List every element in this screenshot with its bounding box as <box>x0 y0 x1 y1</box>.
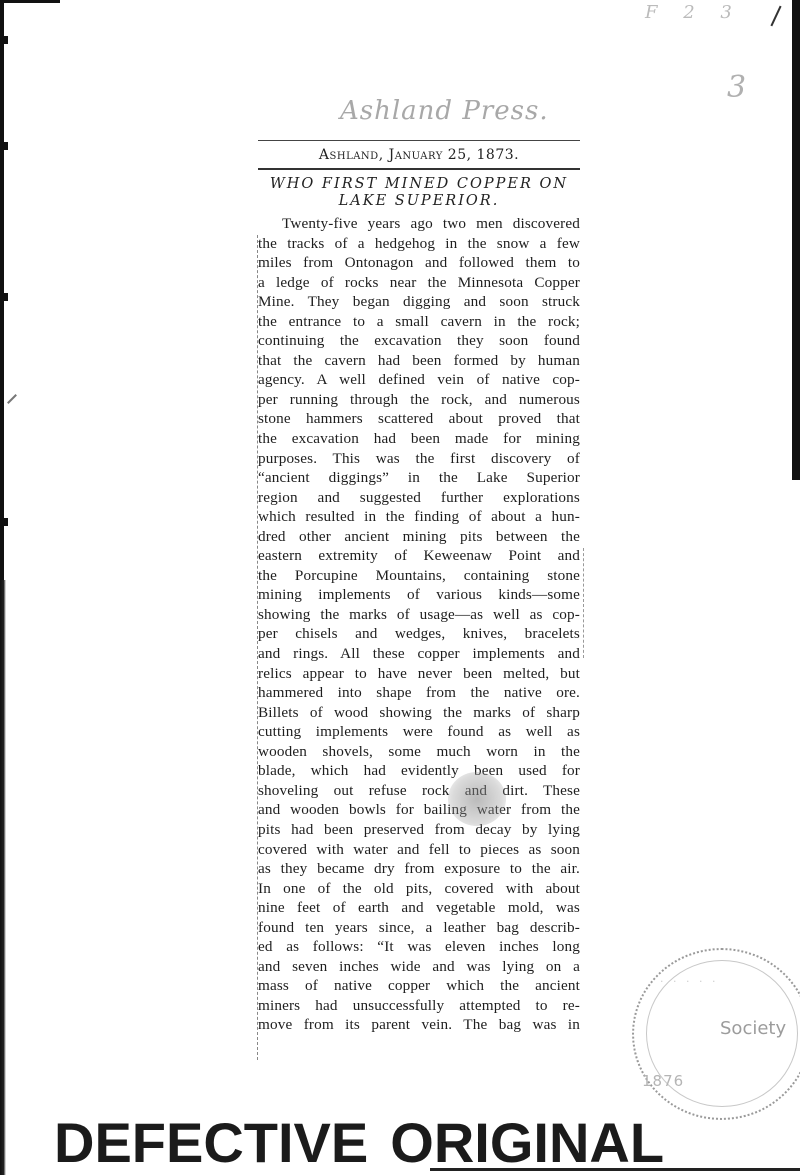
article-line: continuing the excavation they soon foun… <box>258 331 580 351</box>
pencil-mark <box>7 394 17 404</box>
article-line: hammered into shape from the native ore. <box>258 683 580 703</box>
dateline-rule <box>258 168 580 170</box>
newspaper-clipping: Ashland, January 25, 1873. WHO FIRST MIN… <box>258 140 580 1035</box>
article-line: relics appear to have never been melted,… <box>258 664 580 684</box>
scan-mark <box>0 36 8 44</box>
article-line: and seven inches wide and was lying on a <box>258 957 580 977</box>
article-line: blade, which had evidently been used for <box>258 761 580 781</box>
stamp-society-text: Society <box>720 1018 786 1039</box>
notice-word-defective: DEFECTIVE <box>54 1111 368 1174</box>
dateline: Ashland, January 25, 1873. <box>258 141 580 168</box>
article-line: the tracks of a hedgehog in the snow a f… <box>258 234 580 254</box>
article-line: move from its parent vein. The bag was i… <box>258 1015 580 1035</box>
defective-original-notice: DEFECTIVEORIGINAL <box>54 1113 664 1173</box>
scan-mark <box>0 293 8 301</box>
article-line: Mine. They began digging and soon struck <box>258 292 580 312</box>
article-line: shoveling out refuse rock and dirt. Thes… <box>258 781 580 801</box>
article-line: showing the marks of usage—as well as co… <box>258 605 580 625</box>
article-line: region and suggested further exploration… <box>258 488 580 508</box>
article-line: “ancient diggings” in the Lake Superior <box>258 468 580 488</box>
article-line: the excavation had been made for mining <box>258 429 580 449</box>
stamp-year-text: 1876 <box>642 1072 684 1090</box>
column-rule-right <box>583 548 585 658</box>
scan-mark <box>0 142 8 150</box>
article-line: In one of the old pits, covered with abo… <box>258 879 580 899</box>
article-line: covered with water and fell to pieces as… <box>258 840 580 860</box>
article-line: mass of native copper which the ancient <box>258 976 580 996</box>
scan-edge-bottom <box>430 1168 800 1171</box>
article-line: agency. A well defined vein of native co… <box>258 370 580 390</box>
article-body: Twenty-five years ago two men discovered… <box>258 214 580 1035</box>
article-line: miners had unsuccessfully attempted to r… <box>258 996 580 1016</box>
article-line: a ledge of rocks near the Minnesota Copp… <box>258 273 580 293</box>
article-line: that the cavern had been formed by human <box>258 351 580 371</box>
article-line: pits had been preserved from decay by ly… <box>258 820 580 840</box>
article-line: mining implements of various kinds—some <box>258 585 580 605</box>
scan-edge-top <box>0 0 60 3</box>
article-line: cutting implements were found as well as <box>258 722 580 742</box>
article-line: the Porcupine Mountains, containing ston… <box>258 566 580 586</box>
scan-mark <box>0 518 8 526</box>
article-line: and wooden bowls for bailing water from … <box>258 800 580 820</box>
handwritten-source-title: Ashland Press. <box>340 96 549 126</box>
article-line: found ten years since, a leather bag des… <box>258 918 580 938</box>
article-line: miles from Ontonagon and followed them t… <box>258 253 580 273</box>
scan-edge-left-dark <box>0 580 6 1175</box>
notice-word-original: ORIGINAL <box>390 1111 664 1174</box>
article-line: eastern extremity of Keweenaw Point and <box>258 546 580 566</box>
article-line: as they became dry from exposure to the … <box>258 859 580 879</box>
article-line: and rings. All these copper implements a… <box>258 644 580 664</box>
headline-line-2: LAKE SUPERIOR. <box>258 193 580 210</box>
article-line: wooden shovels, some much worn in the <box>258 742 580 762</box>
ink-smudge <box>448 772 506 826</box>
article-line: nine feet of earth and vegetable mold, w… <box>258 898 580 918</box>
headline: WHO FIRST MINED COPPER ON LAKE SUPERIOR. <box>258 176 580 210</box>
scan-edge-right <box>792 0 800 480</box>
pencil-mark <box>770 6 781 27</box>
article-line: ed as follows: “It was eleven inches lon… <box>258 937 580 957</box>
stamp-faint-text: · · · · · <box>660 975 718 988</box>
headline-line-1: WHO FIRST MINED COPPER ON <box>258 176 580 193</box>
article-line: Twenty-five years ago two men discovered <box>258 214 580 234</box>
handwritten-page-number: 3 <box>727 70 746 105</box>
article-line: per chisels and wedges, knives, bracelet… <box>258 624 580 644</box>
article-line: per running through the rock, and numero… <box>258 390 580 410</box>
article-line: which resulted in the finding of about a… <box>258 507 580 527</box>
article-line: stone hammers scattered about proved tha… <box>258 409 580 429</box>
article-line: Billets of wood showing the marks of sha… <box>258 703 580 723</box>
article-line: dred other ancient mining pits between t… <box>258 527 580 547</box>
article-line: the entrance to a small cavern in the ro… <box>258 312 580 332</box>
handwritten-catalog-mark: F 2 3 <box>645 2 742 23</box>
article-line: purposes. This was the first discovery o… <box>258 449 580 469</box>
column-rule-left <box>257 235 259 1060</box>
